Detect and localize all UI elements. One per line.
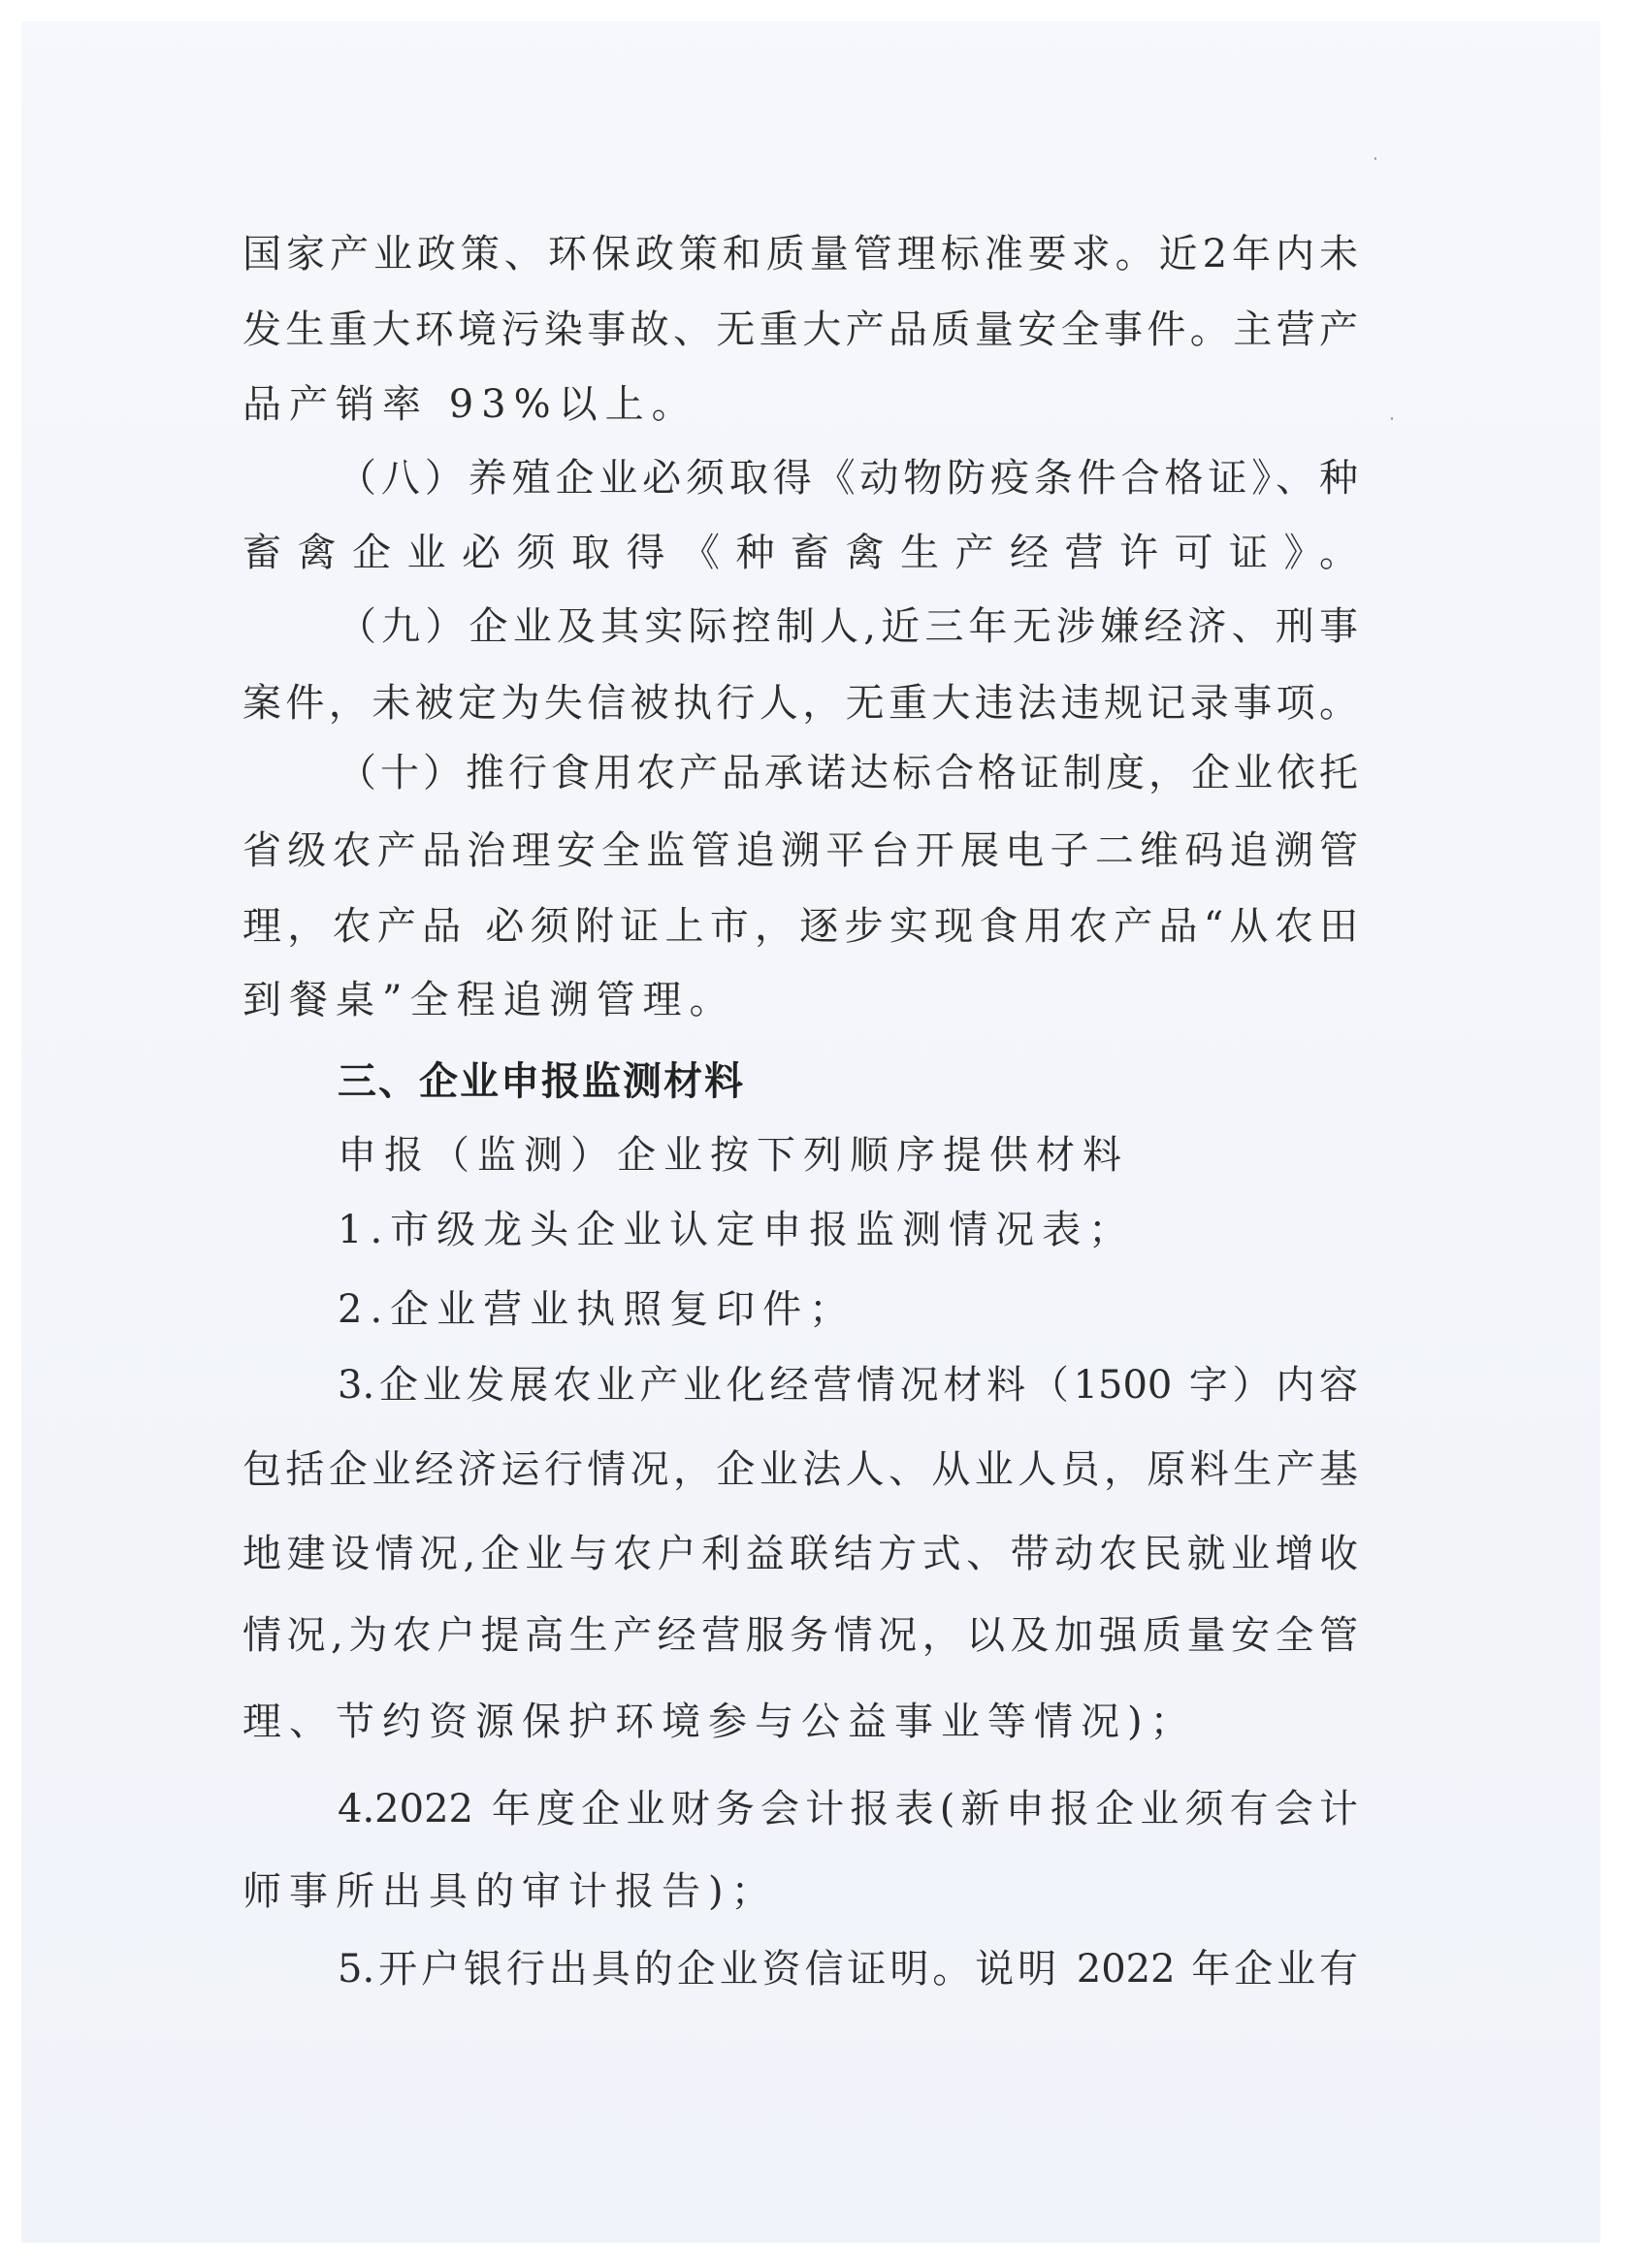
paragraph-10-line: 理，农产品 必须附证上市，逐步实现食用农产品“从农田: [242, 902, 1358, 951]
list-item-3-line: 地建设情况,企业与农户利益联结方式、带动农民就业增收: [242, 1530, 1358, 1578]
paragraph-9-line: 案件，未被定为失信被执行人，无重大违法违规记录事项。: [242, 679, 1358, 728]
scan-speck: [1391, 417, 1393, 420]
list-item-3-line: 3.企业发展农业产业化经营情况材料（1500 字）内容: [338, 1361, 1358, 1409]
list-item-4-line: 4.2022 年度企业财务会计报表(新申报企业须有会计: [338, 1785, 1358, 1833]
list-item-2: 2.企业营业执照复印件；: [338, 1285, 856, 1334]
paragraph-8-line: （八）养殖企业必须取得《动物防疫条件合格证》、种: [338, 454, 1358, 502]
paragraph-9-line: （九）企业及其实际控制人,近三年无涉嫌经济、刑事: [338, 602, 1358, 651]
section-heading: 三、企业申报监测材料: [338, 1057, 745, 1106]
paragraph-10-line: （十）推行食用农产品承诺达标合格证制度，企业依托: [338, 749, 1358, 797]
list-item-4-line: 师事所出具的审计报告)；: [242, 1867, 778, 1916]
paragraph-8-line: 畜禽企业必须取得《种畜禽生产经营许可证》。: [242, 529, 1358, 577]
list-item-1: 1.市级龙头企业认定申报监测情况表；: [338, 1206, 1135, 1254]
scan-speck: [1374, 157, 1376, 160]
list-item-3-line: 情况,为农户提高生产经营服务情况，以及加强质量安全管: [242, 1611, 1358, 1660]
paragraph-10-line: 省级农产品治理安全监管追溯平台开展电子二维码追溯管: [242, 826, 1358, 875]
list-item-3-line: 包括企业经济运行情况，企业法人、从业人员，原料生产基: [242, 1445, 1358, 1494]
text-line: 品产销率 93%以上。: [242, 380, 698, 429]
section-intro: 申报（监测）企业按下列顺序提供材料: [338, 1131, 1129, 1180]
list-item-3-line: 理、节约资源保护环境参与公益事业等情况)；: [242, 1698, 1197, 1746]
text-line: 发生重大环境污染事故、无重大产品质量安全事件。主营产: [242, 306, 1358, 354]
list-item-5-line: 5.开户银行出具的企业资信证明。说明 2022 年企业有: [338, 1945, 1358, 1993]
text-line: 国家产业政策、环保政策和质量管理标准要求。近2年内未: [242, 230, 1358, 278]
paragraph-10-line: 到餐桌”全程追溯管理。: [242, 976, 735, 1024]
